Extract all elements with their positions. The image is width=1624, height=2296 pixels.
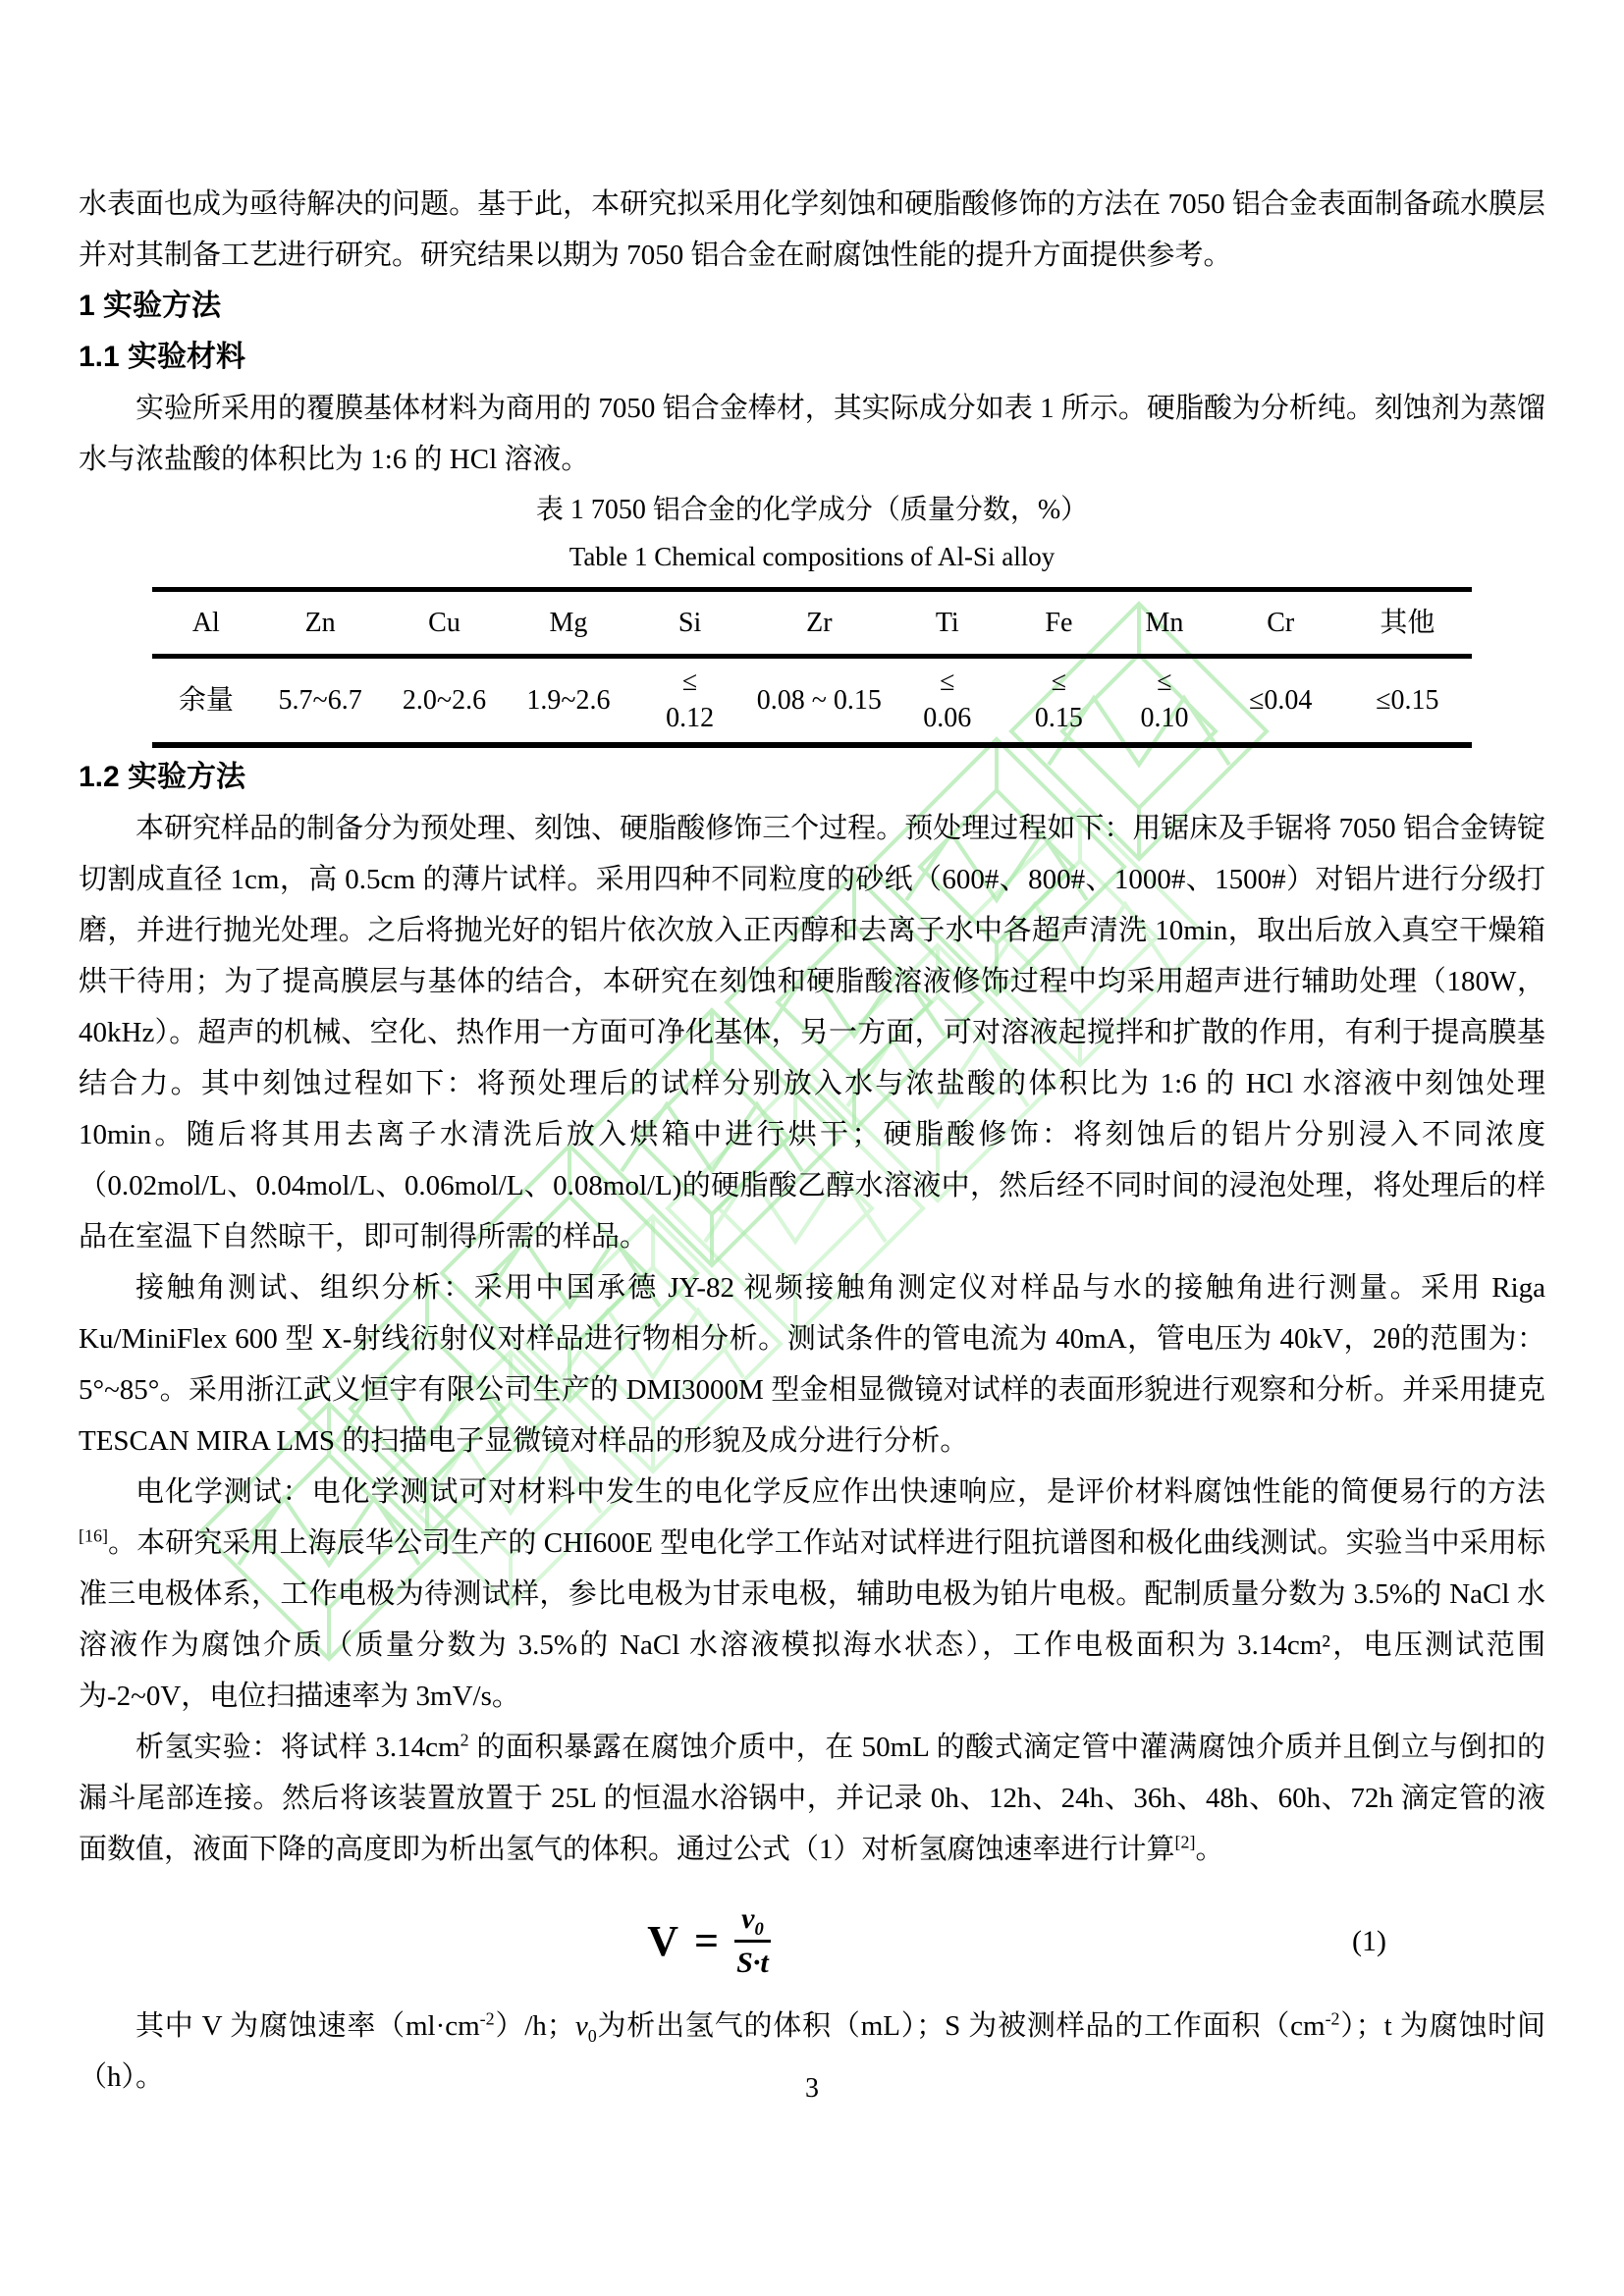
- table1-cell-zn: 5.7~6.7: [260, 657, 380, 745]
- heading-section-1-2: 1.2 实验方法: [79, 752, 1545, 803]
- squared-superscript: 2: [460, 1730, 469, 1749]
- cell-value: 5.7~6.7: [264, 682, 376, 719]
- heading-section-1-1: 1.1 实验材料: [79, 332, 1545, 383]
- fraction-denominator: S·t: [736, 1943, 769, 1980]
- exponent-minus-2: -2: [480, 2008, 495, 2028]
- table1-cell-mn: ≤0.10: [1110, 657, 1218, 745]
- table1-header-zr: Zr: [751, 590, 887, 657]
- equation-fraction: v0 S·t: [734, 1902, 771, 1980]
- table1-cell-fe: ≤0.15: [1007, 657, 1110, 745]
- text-segment: 为析出氢气的体积（mL）；S 为被测样品的工作面积（cm: [597, 2010, 1326, 2042]
- cell-value: 余量: [156, 682, 256, 719]
- cell-value: ≤0.15: [1346, 682, 1468, 719]
- citation-2-superscript: [2]: [1175, 1832, 1196, 1851]
- paragraph-method: 本研究样品的制备分为预处理、刻蚀、硬脂酸修饰三个过程。预处理过程如下：用锯床及手…: [79, 803, 1545, 1262]
- table1-header-cu: Cu: [380, 590, 508, 657]
- table1-header-zn: Zn: [260, 590, 380, 657]
- table1-cell-ti: ≤0.06: [888, 657, 1007, 745]
- exponent-minus-2: -2: [1326, 2008, 1340, 2028]
- cell-value: ≤: [632, 664, 747, 700]
- paragraph-electrochemical: 电化学测试：电化学测试可对材料中发生的电化学反应作出快速响应，是评价材料腐蚀性能…: [79, 1467, 1545, 1722]
- table1-header-si: Si: [628, 590, 751, 657]
- text-segment: 其中 V 为腐蚀速率（ml·cm: [135, 2010, 480, 2042]
- table1-data-row: 余量 5.7~6.7 2.0~2.6 1.9~2.6 ≤0.12 0.08 ~ …: [152, 657, 1473, 745]
- cell-value-line2: 0.10: [1114, 700, 1215, 736]
- equation-lhs: V: [647, 1916, 678, 1967]
- table1-header-mg: Mg: [509, 590, 628, 657]
- paragraph-hydrogen-evolution: 析氢实验：将试样 3.14cm2 的面积暴露在腐蚀介质中，在 50mL 的酸式滴…: [79, 1722, 1545, 1875]
- table1-header-al: Al: [152, 590, 260, 657]
- table1-cell-al: 余量: [152, 657, 260, 745]
- cell-value: 0.08 ~ 0.15: [755, 682, 883, 719]
- page-number: 3: [0, 2073, 1624, 2105]
- variable-v: v: [575, 2010, 588, 2042]
- heading-section-1: 1 实验方法: [79, 281, 1545, 332]
- table1-chemical-composition: Al Zn Cu Mg Si Zr Ti Fe Mn Cr 其他 余量 5.7~…: [152, 587, 1473, 748]
- paragraph-contact-angle: 接触角测试、组织分析：采用中国承德 JY-82 视频接触角测定仪对样品与水的接触…: [79, 1262, 1545, 1467]
- table1-header-other: 其他: [1342, 590, 1472, 657]
- cell-value: ≤: [1011, 664, 1107, 700]
- table1-cell-si: ≤0.12: [628, 657, 751, 745]
- cell-value: ≤: [1114, 664, 1215, 700]
- table1-cell-cu: 2.0~2.6: [380, 657, 508, 745]
- cell-value: ≤0.04: [1222, 682, 1338, 719]
- table1-header-row: Al Zn Cu Mg Si Zr Ti Fe Mn Cr 其他: [152, 590, 1473, 657]
- subscript-0: 0: [588, 2025, 597, 2045]
- table1-cell-cr: ≤0.04: [1218, 657, 1342, 745]
- table1-caption-zh: 表 1 7050 铝合金的化学成分（质量分数，%）: [79, 487, 1545, 534]
- document-page: 水表面也成为亟待解决的问题。基于此，本研究拟采用化学刻蚀和硬脂酸修饰的方法在 7…: [0, 0, 1624, 2296]
- cell-value: 2.0~2.6: [384, 682, 504, 719]
- table1-header-mn: Mn: [1110, 590, 1218, 657]
- table1-header-fe: Fe: [1007, 590, 1110, 657]
- equation-1-number: (1): [1352, 1916, 1386, 1967]
- paragraph-materials: 实验所采用的覆膜基体材料为商用的 7050 铝合金棒材，其实际成分如表 1 所示…: [79, 383, 1545, 485]
- fraction-numerator: v0: [734, 1902, 771, 1943]
- table1-header-cr: Cr: [1218, 590, 1342, 657]
- table1-cell-mg: 1.9~2.6: [509, 657, 628, 745]
- page-content: 水表面也成为亟待解决的问题。基于此，本研究拟采用化学刻蚀和硬脂酸修饰的方法在 7…: [79, 179, 1545, 2103]
- equals-sign: =: [694, 1916, 719, 1967]
- table1-cell-other: ≤0.15: [1342, 657, 1472, 745]
- subscript-0: 0: [754, 1919, 763, 1940]
- table1-cell-zr: 0.08 ~ 0.15: [751, 657, 887, 745]
- cell-value: ≤: [892, 664, 1003, 700]
- citation-16-superscript: [16]: [79, 1525, 108, 1545]
- paragraph-intro: 水表面也成为亟待解决的问题。基于此，本研究拟采用化学刻蚀和硬脂酸修饰的方法在 7…: [79, 179, 1545, 281]
- cell-value: 1.9~2.6: [513, 682, 624, 719]
- text-segment: ）/h；: [495, 2010, 575, 2042]
- cell-value-line2: 0.12: [632, 700, 747, 736]
- variable-v: v: [741, 1902, 754, 1935]
- equation-1-row: V = v0 S·t (1): [79, 1885, 1545, 1999]
- cell-value-line2: 0.15: [1011, 700, 1107, 736]
- text-segment: 。本研究采用上海辰华公司生产的 CHI600E 型电化学工作站对试样进行阻抗谱图…: [79, 1527, 1545, 1712]
- equation-1-body: V = v0 S·t: [647, 1902, 770, 1980]
- table1-caption-en: Table 1 Chemical compositions of Al-Si a…: [79, 534, 1545, 579]
- table1-header-ti: Ti: [888, 590, 1007, 657]
- text-segment: 。: [1195, 1834, 1223, 1865]
- text-segment: 析氢实验：将试样 3.14cm: [135, 1732, 460, 1763]
- cell-value-line2: 0.06: [892, 700, 1003, 736]
- text-segment: 电化学测试：电化学测试可对材料中发生的电化学反应作出快速响应，是评价材料腐蚀性能…: [135, 1476, 1545, 1508]
